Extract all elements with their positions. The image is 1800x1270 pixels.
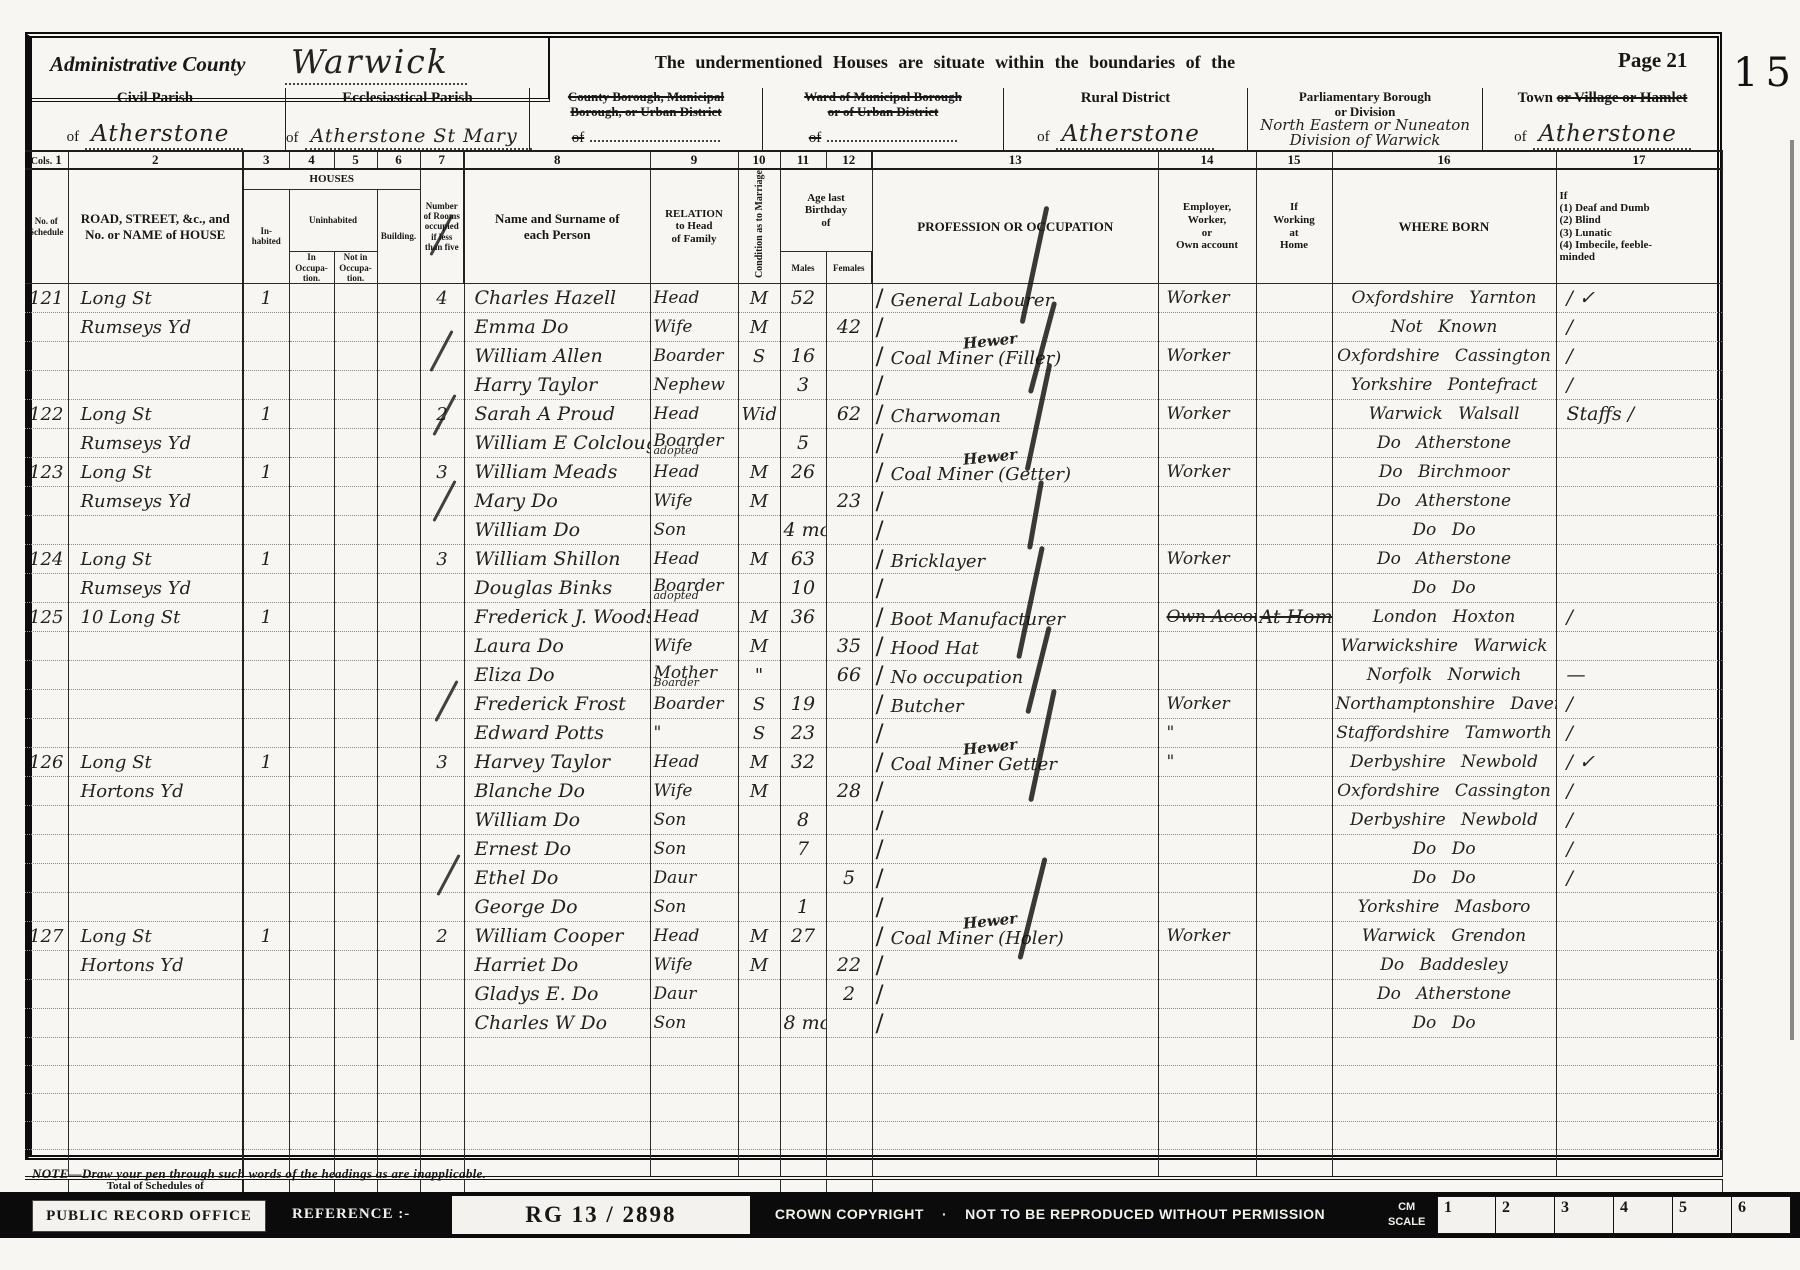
address [68,371,243,400]
empty-cell [420,1122,464,1150]
col-num-13: 13 [872,151,1158,169]
scan-edge [1790,140,1794,1040]
schedule: 124 [25,545,68,574]
occupation [872,516,1158,545]
address: Long St [68,284,243,313]
person-name: Sarah A Proud [464,400,650,429]
condition [738,893,780,922]
empty-cell [25,1122,68,1150]
header-employer: Employer, Worker, or Own account [1158,169,1256,284]
where-born: Yorkshire Masboro [1332,893,1556,922]
rural-district: Rural District ofAtherstone [1003,88,1247,150]
occupation: Boot Manufacturer [872,603,1158,632]
occupation: General Labourer [872,284,1158,313]
not-in-occupation [334,893,377,922]
empty-cell [1158,1066,1256,1094]
person-name: Douglas Binks [464,574,650,603]
in-occupation [289,719,334,748]
census-row: 126Long St13Harvey TaylorHeadM32HewerCoa… [25,748,1722,777]
empty-cell [420,1066,464,1094]
parliamentary-value-line2: Division of Warwick [1248,133,1482,149]
person-name: William Meads [464,458,650,487]
empty-cell [1158,1122,1256,1150]
infirmity [1556,545,1722,574]
relation: Wife [650,951,738,980]
census-row: Rumseys YdDouglas BinksBoarderadopted10D… [25,574,1722,603]
empty-cell [1556,1038,1722,1066]
building [377,487,420,516]
empty-cell [25,1066,68,1094]
empty-cell [826,1038,872,1066]
occupation: No occupation [872,661,1158,690]
col-num-5: 5 [334,151,377,169]
empty-cell [68,1094,243,1122]
building [377,429,420,458]
schedule: 121 [25,284,68,313]
ruler-cell-6: 6 [1732,1196,1791,1234]
employer [1158,661,1256,690]
empty-cell [377,1066,420,1094]
col-num-15: 15 [1256,151,1332,169]
census-row: Edward Potts"S23"Staffordshire Tamworth/ [25,719,1722,748]
empty-cell [1256,1038,1332,1066]
building [377,545,420,574]
in-occupation [289,574,334,603]
empty-cell [1332,1038,1556,1066]
at-home [1256,777,1332,806]
occupation: Bricklayer [872,545,1158,574]
inhabited [243,313,289,342]
employer [1158,980,1256,1009]
building [377,922,420,951]
inhabited [243,835,289,864]
infirmity [1556,574,1722,603]
relation: Head [650,603,738,632]
employer [1158,806,1256,835]
condition [738,516,780,545]
empty-cell [1256,1150,1332,1178]
relation: Wife [650,313,738,342]
header-relation: RELATION to Head of Family [650,169,738,284]
age-male: 26 [780,458,826,487]
empty-cell [464,1150,650,1178]
relation: Son [650,806,738,835]
infirmity: / [1556,864,1722,893]
age-female: 28 [826,777,872,806]
building [377,400,420,429]
at-home [1256,922,1332,951]
inhabited [243,1009,289,1038]
empty-cell [243,1122,289,1150]
employer: " [1158,719,1256,748]
age-male [780,980,826,1009]
age-female [826,835,872,864]
rooms [420,371,464,400]
age-female [826,893,872,922]
rooms [420,429,464,458]
civil-parish-label: Civil Parish [25,90,285,107]
building [377,690,420,719]
page-number: Page 21 [1618,48,1687,73]
empty-cell [1158,1094,1256,1122]
empty-cell [1332,1122,1556,1150]
footer-band: PUBLIC RECORD OFFICE REFERENCE :- RG 13 … [0,1192,1800,1238]
empty-cell [650,1066,738,1094]
parliamentary-borough: Parliamentary Borough or Division North … [1247,88,1482,150]
age-female [826,545,872,574]
occupation: HewerCoal Miner (Filler) [872,342,1158,371]
in-occupation [289,922,334,951]
infirmity [1556,922,1722,951]
inhabited [243,516,289,545]
person-name: William Do [464,806,650,835]
empty-cell [420,1038,464,1066]
condition: M [738,777,780,806]
at-home [1256,806,1332,835]
condition: S [738,690,780,719]
relation: Head [650,284,738,313]
census-row: Rumseys YdWilliam E ColcloughBoarderadop… [25,429,1722,458]
building [377,835,420,864]
relation: Boarderadopted [650,574,738,603]
employer [1158,951,1256,980]
at-home [1256,371,1332,400]
age-male [780,951,826,980]
age-male: 19 [780,690,826,719]
person-name: Frederick J. Woodstock [464,603,650,632]
occupation [872,980,1158,1009]
person-name: William Do [464,516,650,545]
at-home [1256,429,1332,458]
empty-cell [334,1066,377,1094]
header-age: Age last Birthday of [780,169,872,252]
relation: Head [650,922,738,951]
where-born: Norfolk Norwich [1332,661,1556,690]
empty-cell [738,1066,780,1094]
in-occupation [289,1009,334,1038]
where-born: Staffordshire Tamworth [1332,719,1556,748]
ward-label: Ward of Municipal Borough or of Urban Di… [763,90,1003,120]
empty-cell [1256,1094,1332,1122]
schedule [25,487,68,516]
census-row: 123Long St13William MeadsHeadM26HewerCoa… [25,458,1722,487]
address: Rumseys Yd [68,574,243,603]
relation: Boarder [650,690,738,719]
condition [738,864,780,893]
header-schedule: No. of Schedule [25,169,68,284]
not-in-occupation [334,690,377,719]
empty-cell [377,1094,420,1122]
inhabited [243,574,289,603]
col-num-16: 16 [1332,151,1556,169]
empty-cell [25,1038,68,1066]
employer [1158,835,1256,864]
address [68,1009,243,1038]
age-female: 42 [826,313,872,342]
census-row: Harry TaylorNephew3Yorkshire Pontefract/ [25,371,1722,400]
infirmity: / [1556,371,1722,400]
empty-cell [872,1094,1158,1122]
public-record-office-box: PUBLIC RECORD OFFICE [32,1200,266,1232]
empty-cell [25,1094,68,1122]
age-male: 52 [780,284,826,313]
header-row-1: No. of Schedule ROAD, STREET, &c., and N… [25,169,1722,189]
census-row: William DoSon8Derbyshire Newbold/ [25,806,1722,835]
empty-cell [780,1038,826,1066]
relation-note: adopted [654,445,735,456]
schedule [25,719,68,748]
in-occupation [289,429,334,458]
col-num-12: 12 [826,151,872,169]
at-home [1256,284,1332,313]
employer [1158,632,1256,661]
at-home [1256,545,1332,574]
ruler-cell-3: 3 [1555,1196,1614,1234]
where-born: Not Known [1332,313,1556,342]
in-occupation [289,487,334,516]
inhabited [243,371,289,400]
employer [1158,893,1256,922]
header-uninhabited: Uninhabited [289,189,377,252]
infirmity: / [1556,313,1722,342]
empty-cell [377,1122,420,1150]
in-occupation [289,864,334,893]
in-occupation [289,806,334,835]
header-infirmity: If (1) Deaf and Dumb (2) Blind (3) Lunat… [1556,169,1722,284]
building [377,516,420,545]
not-in-occupation [334,342,377,371]
infirmity [1556,516,1722,545]
where-born: Oxfordshire Cassington [1332,342,1556,371]
occupation [872,371,1158,400]
where-born: Northamptonshire Daventry [1332,690,1556,719]
relation: Boarderadopted [650,429,738,458]
civil-parish-value: Atherstone [85,121,243,150]
employer: Worker [1158,400,1256,429]
in-occupation [289,777,334,806]
condition [738,574,780,603]
empty-cell [243,1038,289,1066]
not-in-occupation [334,400,377,429]
ruler-cell-5: 5 [1673,1196,1732,1234]
infirmity [1556,893,1722,922]
age-female: 66 [826,661,872,690]
building [377,748,420,777]
ruler-cell-1: 1 [1437,1196,1496,1234]
rural-district-value: Atherstone [1056,121,1214,150]
condition: M [738,951,780,980]
age-female [826,603,872,632]
at-home [1256,516,1332,545]
census-row: Rumseys YdEmma DoWifeM42Not Known/ [25,313,1722,342]
not-in-occupation [334,980,377,1009]
infirmity [1556,980,1722,1009]
condition: M [738,284,780,313]
rooms [420,951,464,980]
relation: Wife [650,777,738,806]
col-num-1: 1 [55,152,62,167]
schedule: 126 [25,748,68,777]
copyright-notice: CROWN COPYRIGHT · NOT TO BE REPRODUCED W… [760,1206,1340,1222]
where-born: Do Atherstone [1332,487,1556,516]
address: 10 Long St [68,603,243,632]
where-born: Warwickshire Warwick [1332,632,1556,661]
age-female [826,284,872,313]
condition: Wid [738,400,780,429]
empty-row [25,1122,1722,1150]
empty-cell [1556,1094,1722,1122]
col-num-17: 17 [1556,151,1722,169]
empty-cell [738,1150,780,1178]
empty-cell [377,1038,420,1066]
condition: " [738,661,780,690]
infirmity [1556,487,1722,516]
infirmity: / [1556,806,1722,835]
relation: Boarder [650,342,738,371]
inhabited [243,690,289,719]
in-occupation [289,516,334,545]
employer [1158,574,1256,603]
condition [738,980,780,1009]
person-name: Harriet Do [464,951,650,980]
reference-label: REFERENCE :- [292,1206,410,1223]
address [68,516,243,545]
address [68,719,243,748]
schedule [25,516,68,545]
relation: Nephew [650,371,738,400]
address: Rumseys Yd [68,429,243,458]
not-in-occupation [334,1009,377,1038]
building [377,864,420,893]
address [68,864,243,893]
inhabited: 1 [243,922,289,951]
schedule [25,632,68,661]
employer: " [1158,748,1256,777]
rooms [420,777,464,806]
condition [738,835,780,864]
building [377,777,420,806]
empty-cell [1556,1122,1722,1150]
not-in-occupation [334,864,377,893]
not-in-occupation [334,603,377,632]
age-male [780,400,826,429]
person-name: Blanche Do [464,777,650,806]
not-in-occupation [334,313,377,342]
address [68,806,243,835]
relation: MotherBoarder [650,661,738,690]
schedule [25,371,68,400]
empty-cell [68,1122,243,1150]
rooms: 4 [420,284,464,313]
header-inhabited: In- habited [243,189,289,284]
not-in-occupation [334,835,377,864]
address: Long St [68,748,243,777]
scale-label: SCALE [1388,1215,1425,1230]
rooms [420,1009,464,1038]
condition [738,371,780,400]
of-word: of [286,130,299,146]
census-row: Laura DoWifeM35Hood HatWarwickshire Warw… [25,632,1722,661]
occupation [872,1009,1158,1038]
building [377,342,420,371]
empty-cell [650,1038,738,1066]
of-word: of [1514,129,1527,145]
person-name: Edward Potts [464,719,650,748]
at-home [1256,458,1332,487]
relation: Head [650,458,738,487]
at-home [1256,1009,1332,1038]
occupation [872,574,1158,603]
person-name: Harvey Taylor [464,748,650,777]
person-name: Eliza Do [464,661,650,690]
column-numbers-row: Cols.1 2 3 4 5 6 7 8 9 10 11 12 13 14 15… [25,151,1722,169]
age-male [780,632,826,661]
where-born: Oxfordshire Yarnton [1332,284,1556,313]
address [68,835,243,864]
person-name: Mary Do [464,487,650,516]
census-row: 127Long St12William CooperHeadM27HewerCo… [25,922,1722,951]
in-occupation [289,632,334,661]
empty-cell [1332,1094,1556,1122]
person-name: Laura Do [464,632,650,661]
relation: Wife [650,487,738,516]
empty-cell [1332,1066,1556,1094]
county-borough-label: County Borough, Municipal Borough, or Ur… [530,90,762,120]
age-male: 7 [780,835,826,864]
age-female [826,429,872,458]
empty-cell [738,1094,780,1122]
age-female [826,458,872,487]
where-born: Do Do [1332,516,1556,545]
empty-cell [464,1094,650,1122]
schedule [25,806,68,835]
empty-cell [872,1038,1158,1066]
age-male: 4 mo [780,516,826,545]
ecclesiastical-parish-label: Ecclesiastical Parish [286,90,529,107]
relation: Head [650,545,738,574]
in-occupation [289,690,334,719]
empty-cell [826,1150,872,1178]
empty-cell [738,1122,780,1150]
census-row: Charles W DoSon8 moDo Do [25,1009,1722,1038]
inhabited [243,806,289,835]
occupation [872,487,1158,516]
infirmity [1556,632,1722,661]
where-born: Do Birchmoor [1332,458,1556,487]
infirmity: — [1556,661,1722,690]
where-born: Do Atherstone [1332,545,1556,574]
in-occupation [289,748,334,777]
census-row: 124Long St13William ShillonHeadM63Brickl… [25,545,1722,574]
where-born: Warwick Grendon [1332,922,1556,951]
col-num-7: 7 [420,151,464,169]
empty-cell [826,1094,872,1122]
col-num-3: 3 [243,151,289,169]
address: Long St [68,545,243,574]
relation: " [650,719,738,748]
census-row: 121Long St14Charles HazellHeadM52General… [25,284,1722,313]
building [377,806,420,835]
occupation: HewerCoal Miner Getter [872,748,1158,777]
at-home [1256,342,1332,371]
reproduction-notice: NOT TO BE REPRODUCED WITHOUT PERMISSION [965,1206,1325,1222]
person-name: Emma Do [464,313,650,342]
age-female: 62 [826,400,872,429]
building [377,951,420,980]
age-male [780,661,826,690]
employer [1158,429,1256,458]
condition: M [738,487,780,516]
